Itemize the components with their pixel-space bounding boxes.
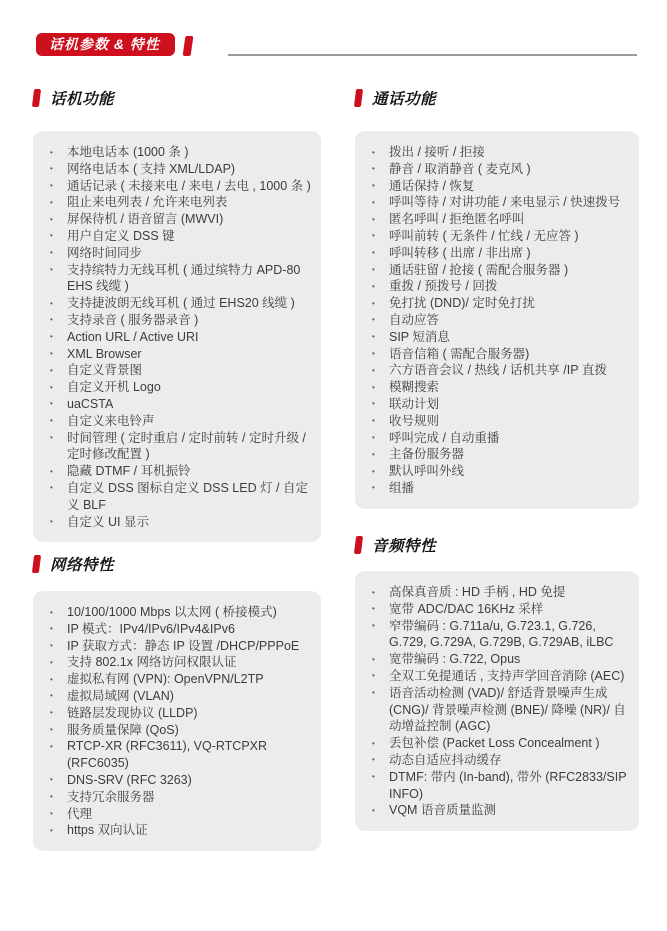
feature-item: 六方语音会议 / 热线 / 话机共享 /IP 直拨	[369, 362, 631, 379]
feature-item: 呼叫完成 / 自动重播	[369, 430, 631, 447]
feature-item: 自定义来电铃声	[47, 413, 313, 430]
feature-item: 联动计划	[369, 396, 631, 413]
section-accent-bar-icon	[354, 536, 363, 554]
feature-item: 屏保待机 / 语音留言 (MWVI)	[47, 211, 313, 228]
panel-network-features: 10/100/1000 Mbps 以太网 ( 桥接模式)IP 模式：IPv4/I…	[33, 591, 321, 851]
feature-item: 网络电话本 ( 支持 XML/LDAP)	[47, 161, 313, 178]
feature-item: SIP 短消息	[369, 329, 631, 346]
feature-item: 宽带编码 : G.722, Opus	[369, 651, 631, 668]
feature-item: DNS-SRV (RFC 3263)	[47, 772, 313, 789]
feature-item: 支持录音 ( 服务器录音 )	[47, 312, 313, 329]
page-banner: 话机参数 & 特性	[36, 33, 175, 56]
feature-item: Action URL / Active URI	[47, 329, 313, 346]
section-accent-bar-icon	[354, 89, 363, 107]
feature-item: 高保真音质 : HD 手柄 , HD 免提	[369, 584, 631, 601]
banner-accent-bar-icon	[183, 36, 194, 56]
feature-item: RTCP-XR (RFC3611), VQ-RTCPXR (RFC6035)	[47, 738, 313, 772]
panel-phone-features: 本地电话本 (1000 条 )网络电话本 ( 支持 XML/LDAP)通话记录 …	[33, 131, 321, 542]
feature-item: 拨出 / 接听 / 拒接	[369, 144, 631, 161]
feature-item: 组播	[369, 480, 631, 497]
feature-item: 动态自适应抖动缓存	[369, 752, 631, 769]
feature-item: 虚拟局域网 (VLAN)	[47, 688, 313, 705]
section-title: 话机功能	[50, 87, 114, 109]
feature-item: 静音 / 取消静音 ( 麦克风 )	[369, 161, 631, 178]
feature-item: 呼叫前转 ( 无条件 / 忙线 / 无应答 )	[369, 228, 631, 245]
panel-call-features: 拨出 / 接听 / 拒接静音 / 取消静音 ( 麦克风 )通话保持 / 恢复呼叫…	[355, 131, 639, 509]
feature-item: 呼叫转移 ( 出席 / 非出席 )	[369, 245, 631, 262]
feature-item: VQM 语音质量监测	[369, 802, 631, 819]
feature-item: 主备份服务器	[369, 446, 631, 463]
panel-audio-features: 高保真音质 : HD 手柄 , HD 免提宽带 ADC/DAC 16KHz 采样…	[355, 571, 639, 831]
section-title: 通话功能	[372, 87, 436, 109]
feature-list-network: 10/100/1000 Mbps 以太网 ( 桥接模式)IP 模式：IPv4/I…	[47, 604, 313, 839]
feature-item: 宽带 ADC/DAC 16KHz 采样	[369, 601, 631, 618]
feature-item: 丢包补偿 (Packet Loss Concealment )	[369, 735, 631, 752]
feature-item: 网络时间同步	[47, 245, 313, 262]
feature-item: IP 模式：IPv4/IPv6/IPv4&IPv6	[47, 621, 313, 638]
feature-item: 通话记录 ( 未接来电 / 来电 / 去电 , 1000 条 )	[47, 178, 313, 195]
feature-item: 自定义 UI 显示	[47, 514, 313, 531]
feature-item: 阻止来电列表 / 允许来电列表	[47, 194, 313, 211]
section-header-call-features: 通话功能	[355, 87, 436, 109]
feature-item: 自定义 DSS 图标自定义 DSS LED 灯 / 自定义 BLF	[47, 480, 313, 514]
section-accent-bar-icon	[32, 89, 41, 107]
feature-item: 默认呼叫外线	[369, 463, 631, 480]
feature-list-call: 拨出 / 接听 / 拒接静音 / 取消静音 ( 麦克风 )通话保持 / 恢复呼叫…	[369, 144, 631, 497]
feature-item: uaCSTA	[47, 396, 313, 413]
feature-item: 收号规则	[369, 413, 631, 430]
feature-item: 模糊搜索	[369, 379, 631, 396]
section-header-audio-features: 音频特性	[355, 534, 436, 556]
feature-item: 支持 802.1x 网络访问权限认证	[47, 654, 313, 671]
feature-list-phone: 本地电话本 (1000 条 )网络电话本 ( 支持 XML/LDAP)通话记录 …	[47, 144, 313, 530]
feature-item: 链路层发现协议 (LLDP)	[47, 705, 313, 722]
section-title: 网络特性	[50, 553, 114, 575]
feature-item: 自定义背景图	[47, 362, 313, 379]
feature-item: 通话驻留 / 抢接 ( 需配合服务器 )	[369, 262, 631, 279]
feature-item: 时间管理 ( 定时重启 / 定时前转 / 定时升级 / 定时修改配置 )	[47, 430, 313, 464]
feature-item: 窄带编码 : G.711a/u, G.723.1, G.726, G.729, …	[369, 618, 631, 652]
feature-item: 本地电话本 (1000 条 )	[47, 144, 313, 161]
feature-item: 自动应答	[369, 312, 631, 329]
section-accent-bar-icon	[32, 555, 41, 573]
feature-item: 服务质量保障 (QoS)	[47, 722, 313, 739]
section-title: 音频特性	[372, 534, 436, 556]
feature-item: IP 获取方式：静态 IP 设置 /DHCP/PPPoE	[47, 638, 313, 655]
section-header-network-features: 网络特性	[33, 553, 114, 575]
feature-item: 自定义开机 Logo	[47, 379, 313, 396]
feature-item: 支持捷波朗无线耳机 ( 通过 EHS20 线缆 )	[47, 295, 313, 312]
feature-item: 呼叫等待 / 对讲功能 / 来电显示 / 快速拨号	[369, 194, 631, 211]
feature-item: DTMF: 带内 (In-band), 带外 (RFC2833/SIP INFO…	[369, 769, 631, 803]
header-divider-line	[228, 54, 637, 56]
feature-item: 免打扰 (DND)/ 定时免打扰	[369, 295, 631, 312]
feature-item: 10/100/1000 Mbps 以太网 ( 桥接模式)	[47, 604, 313, 621]
feature-item: 隐藏 DTMF / 耳机振铃	[47, 463, 313, 480]
feature-list-audio: 高保真音质 : HD 手柄 , HD 免提宽带 ADC/DAC 16KHz 采样…	[369, 584, 631, 819]
feature-item: 匿名呼叫 / 拒绝匿名呼叫	[369, 211, 631, 228]
feature-item: XML Browser	[47, 346, 313, 363]
feature-item: 代理	[47, 806, 313, 823]
feature-item: 支持缤特力无线耳机 ( 通过缤特力 APD-80 EHS 线缆 )	[47, 262, 313, 296]
feature-item: 通话保持 / 恢复	[369, 178, 631, 195]
feature-item: 全双工免提通话 , 支持声学回音消除 (AEC)	[369, 668, 631, 685]
feature-item: 支持冗余服务器	[47, 789, 313, 806]
feature-item: 语音信箱 ( 需配合服务器)	[369, 346, 631, 363]
feature-item: 用户自定义 DSS 键	[47, 228, 313, 245]
feature-item: 重拨 / 预拨号 / 回拨	[369, 278, 631, 295]
feature-item: https 双向认证	[47, 822, 313, 839]
feature-item: 语音活动检测 (VAD)/ 舒适背景噪声生成 (CNG)/ 背景噪声检测 (BN…	[369, 685, 631, 735]
feature-item: 虚拟私有网 (VPN): OpenVPN/L2TP	[47, 671, 313, 688]
section-header-phone-features: 话机功能	[33, 87, 114, 109]
